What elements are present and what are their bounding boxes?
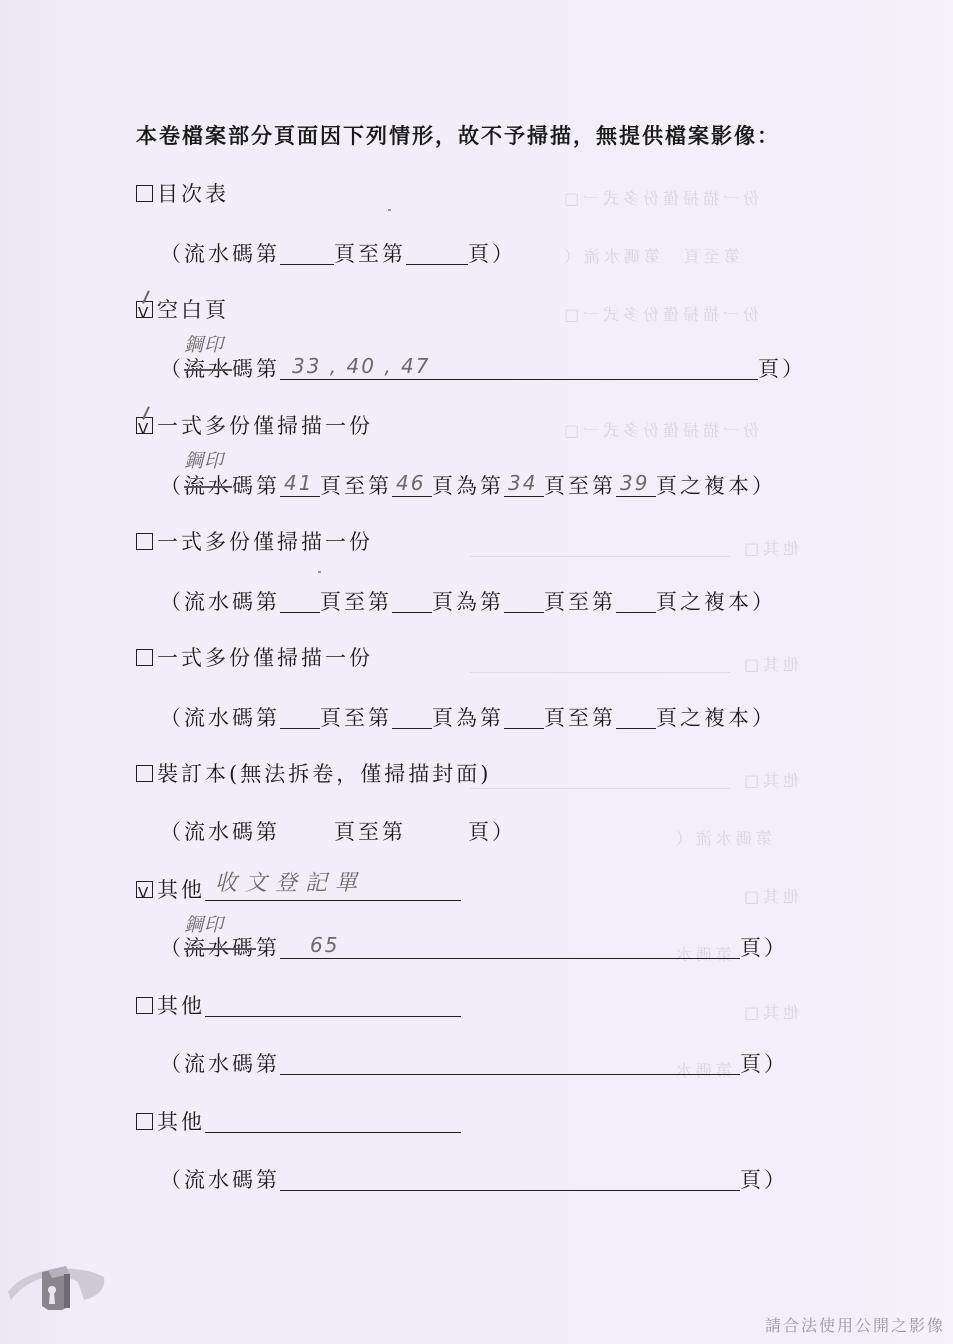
page-heading: 本卷檔案部分頁面因下列情形，故不予掃描，無提供檔案影像： [136,120,780,150]
item-label: 其他 [157,1110,205,1134]
checkbox-blank-pages[interactable]: V [136,301,153,318]
library-book-keyhole-logo-icon [6,1262,106,1322]
page-field-4[interactable]: 39 [616,474,656,497]
item-duplicate-copies-1: V一式多份僅掃描一份 [136,412,373,440]
checkbox-duplicate-copies-3[interactable] [136,649,153,666]
handwritten-pages: 33 , 40 , 47 [292,352,431,380]
page-field-3[interactable]: 34 [504,474,544,497]
ghost-text: 他其□ [740,768,799,791]
ghost-text: 份一描掃僅份多式一□ [560,418,759,441]
page-field-2[interactable] [392,590,432,613]
item-detail-duplicate-copies-1: （流水碼第41頁至第46頁為第34頁至第39頁之複本） [160,472,776,500]
item-other-1: V其他收文登記單 [136,876,461,904]
ghost-line [470,788,730,789]
item-other-2: 其他 [136,992,461,1020]
item-other-3: 其他 [136,1108,461,1136]
item-label: 裝訂本(無法拆卷，僅掃描封面) [157,762,491,786]
checkbox-bound-volume[interactable] [136,765,153,782]
pages-field[interactable] [280,1052,740,1075]
handwritten-annotation: 鋼印 [184,446,224,473]
page-field-3[interactable] [504,590,544,613]
item-label: 一式多份僅掃描一份 [157,530,373,554]
item-label: 一式多份僅掃描一份 [157,646,373,670]
item-label: 目次表 [157,182,229,206]
handwritten-pages: 65 [310,931,339,959]
handwritten-annotation: 鋼印 [184,910,224,937]
other-description-field[interactable] [205,994,461,1017]
page-field-1[interactable]: 41 [280,474,320,497]
page-field-2[interactable]: 46 [392,474,432,497]
handwritten-annotation: 鋼印 [184,330,224,357]
page-field-1[interactable] [280,706,320,729]
item-detail-bound-volume: （流水碼第頁至第頁） [160,818,516,846]
checkbox-duplicate-copies-1[interactable]: V [136,417,153,434]
page-field-4[interactable] [616,590,656,613]
item-duplicate-copies-2: 一式多份僅掃描一份 [136,528,373,556]
ghost-line [470,556,730,557]
item-duplicate-copies-3: 一式多份僅掃描一份 [136,644,373,672]
page-field-4[interactable] [616,706,656,729]
page-field-2[interactable] [392,706,432,729]
ghost-text: 他其□ [740,652,799,675]
struck-text: 流水 [184,474,232,498]
item-label: 其他 [157,994,205,1018]
item-detail-blank-pages: （流水碼第33 , 40 , 47頁） [160,355,806,383]
pages-field[interactable]: 33 , 40 , 47 [280,357,758,380]
ghost-text: 第碼水流（ [672,826,772,849]
checkbox-other-2[interactable] [136,997,153,1014]
page-field-3[interactable] [504,706,544,729]
item-detail-other-3: （流水碼第頁） [160,1166,788,1194]
item-bound-volume: 裝訂本(無法拆卷，僅掃描封面) [136,760,491,788]
struck-text: 流水 [184,357,232,381]
checkbox-duplicate-copies-2[interactable] [136,533,153,550]
from-page-field[interactable] [280,242,334,265]
ghost-text: 他其□ [740,536,799,559]
scan-speck [318,571,321,573]
ghost-line [470,672,730,673]
item-detail-table-of-contents: （流水碼第頁至第頁） [160,240,516,268]
ghost-text: 份一描掃僅份多式一□ [560,186,759,209]
ghost-text: 第至頁 第碼水流（ [560,244,740,267]
other-description-field[interactable] [205,1110,461,1133]
scan-speck [388,209,391,211]
item-label: 一式多份僅掃描一份 [157,414,373,438]
item-detail-duplicate-copies-3: （流水碼第頁至第頁為第頁至第頁之複本） [160,704,776,732]
checkbox-other-1[interactable]: V [136,881,153,898]
usage-watermark: 請合法使用公開之影像 [765,1313,945,1336]
check-mark-icon: V [138,879,148,907]
page-field-1[interactable] [280,590,320,613]
ghost-text: 份一描掃僅份多式一□ [560,302,759,325]
ghost-text: 他其□ [740,884,799,907]
pages-field[interactable] [280,1168,740,1191]
item-label: 其他 [157,878,205,902]
checkbox-table-of-contents[interactable] [136,185,153,202]
item-blank-pages: V空白頁 [136,296,229,324]
to-page-field[interactable] [406,242,468,265]
handwritten-description: 收文登記單 [215,870,365,898]
item-detail-other-1: （流水碼第65頁） [160,934,788,962]
other-description-field[interactable]: 收文登記單 [205,878,461,901]
item-detail-duplicate-copies-2: （流水碼第頁至第頁為第頁至第頁之複本） [160,588,776,616]
ghost-text: 他其□ [740,1000,799,1023]
item-label: 空白頁 [157,298,229,322]
pages-field[interactable]: 65 [280,936,740,959]
struck-text: 流水碼 [184,936,256,960]
item-table-of-contents: 目次表 [136,180,229,208]
checkbox-other-3[interactable] [136,1113,153,1130]
item-detail-other-2: （流水碼第頁） [160,1050,788,1078]
